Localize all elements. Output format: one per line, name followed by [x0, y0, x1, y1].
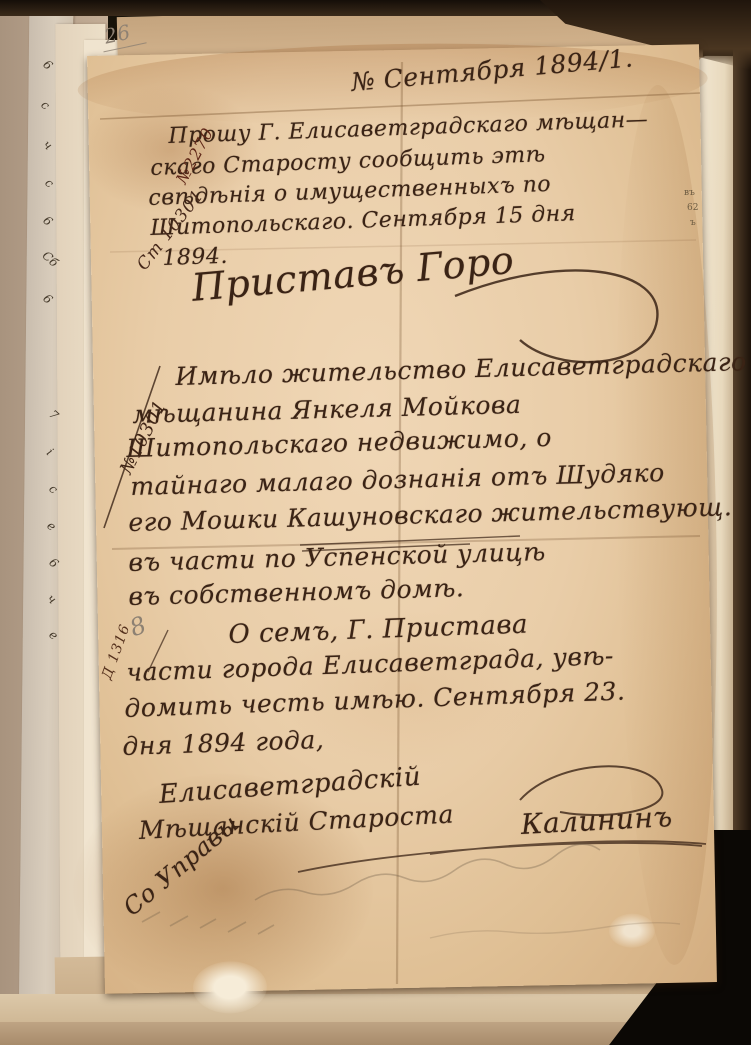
print-fragment: ъ: [690, 218, 696, 228]
scanned-archival-letter: 26 № Сентября 1894/1. Прошу Г. Елисаветг…: [0, 0, 751, 1045]
print-fragment: 62: [687, 203, 698, 213]
print-fragment: въ: [684, 188, 695, 198]
worn-patch-2: [609, 913, 656, 948]
